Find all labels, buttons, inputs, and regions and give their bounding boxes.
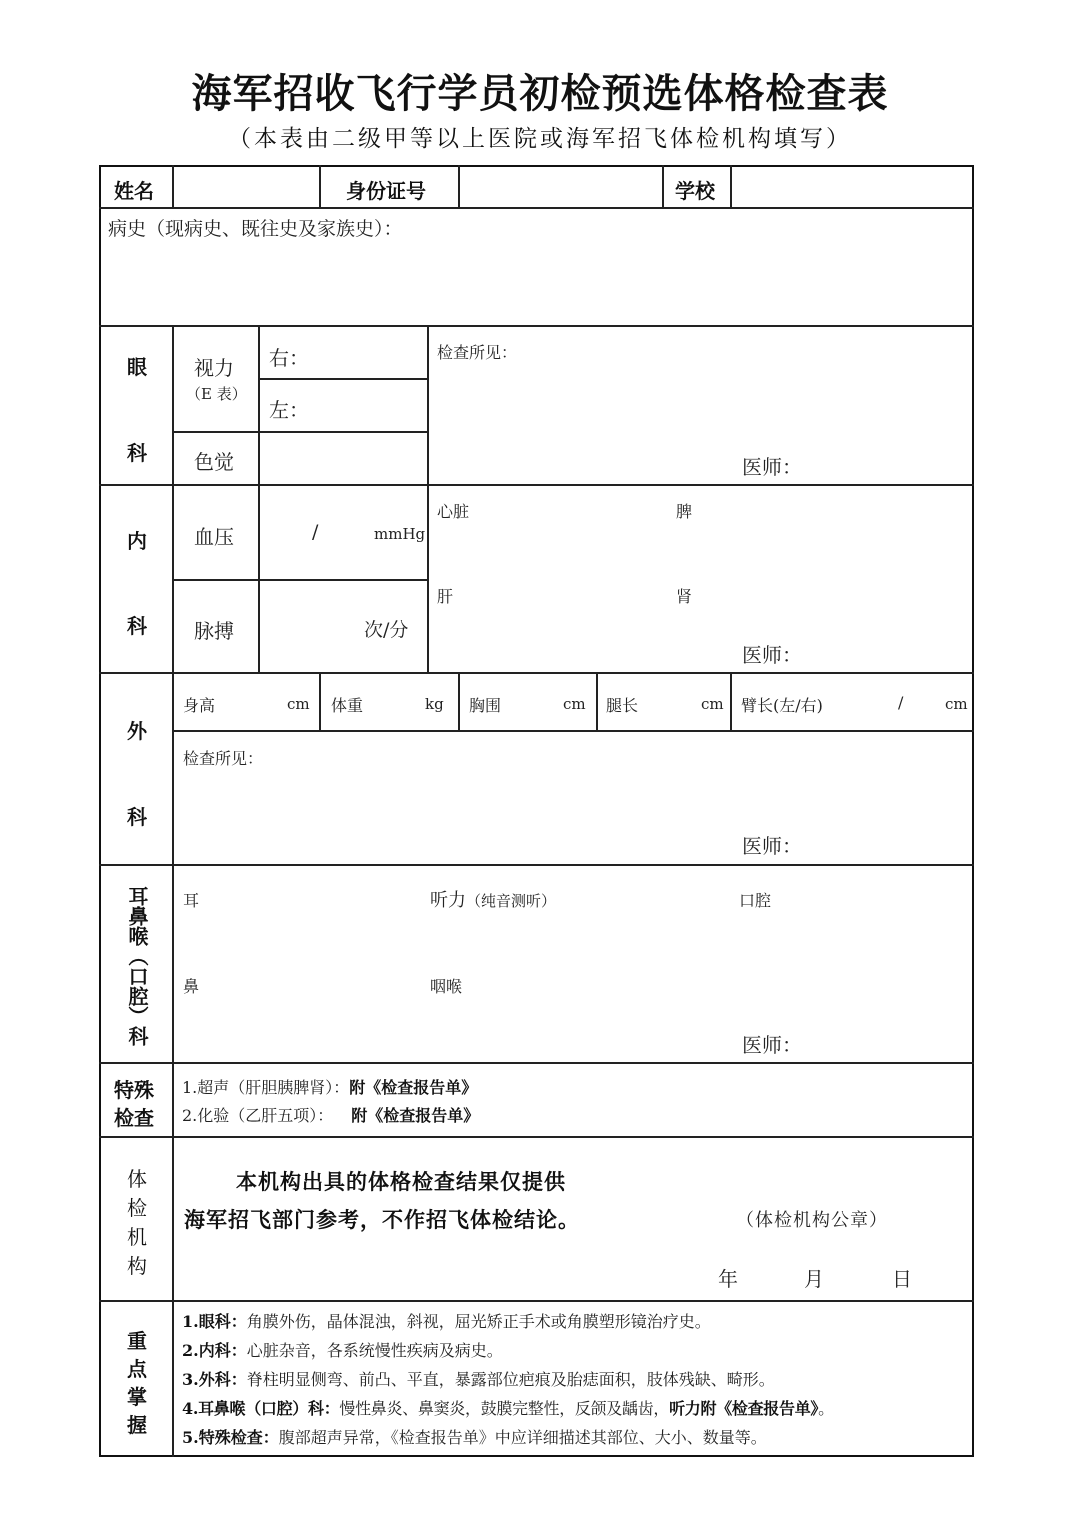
height-unit: cm [287,695,310,713]
key-point-body: 心脏杂音，各系统慢性疾病及病史。 [247,1341,503,1360]
throat-field[interactable] [475,966,725,1026]
medical-history-field[interactable] [101,240,972,324]
date-day-label: 日 [892,1263,912,1292]
divider [99,864,974,866]
divider [258,325,260,672]
surgery-findings-label: 检查所见： [183,746,263,769]
divider [172,325,174,1457]
ear-label: 耳 [183,888,199,911]
oral-field[interactable] [780,880,970,940]
form-subtitle: （本表由二级甲等以上医院或海军招飞体检机构填写） [0,120,1080,153]
date-month-label: 月 [804,1263,824,1292]
key-point-tail: 听力附《检查报告单》 [669,1399,818,1418]
lab-test-label: 2.化验（乙肝五项）： [182,1106,333,1125]
divider [99,325,974,327]
hearing-label: 听力（纯音测听） [430,886,556,912]
name-label: 姓名 [114,175,154,204]
key-points-dept-char: 点 [101,1353,173,1382]
special-exam-item: 2.化验（乙肝五项）：附《检查报告单》 [182,1103,479,1126]
vision-left-field[interactable] [300,381,425,430]
vision-right-field[interactable] [300,328,425,377]
divider [319,165,321,207]
divider [427,325,429,672]
divider [173,579,427,581]
institution-dept-char: 检 [101,1192,173,1221]
arm-length-label: 臂长(左/右) [741,693,823,716]
divider [662,165,664,207]
eye-dept-label-2: 科 [101,437,173,466]
key-point-head: 3.外科： [182,1370,247,1389]
special-exam-label-2: 检查 [114,1102,154,1131]
key-point-item: 2.内科：心脏杂音，各系统慢性疾病及病史。 [182,1338,503,1361]
divider [99,484,974,486]
divider [596,672,598,730]
key-point-body: 腹部超声异常，《检查报告单》中应详细描述其部位、大小、数量等。 [279,1428,767,1447]
hearing-field[interactable] [430,912,720,967]
divider [259,378,427,380]
weight-label: 体重 [331,693,363,716]
liver-field[interactable] [460,580,670,630]
divider [99,1062,974,1064]
surgery-doctor-label: 医师： [742,830,802,859]
surgery-dept-label: 外 [101,715,173,744]
divider [173,431,427,433]
eye-doctor-label: 医师： [742,451,802,480]
internal-doctor-label: 医师： [742,639,802,668]
heart-field[interactable] [470,490,670,570]
divider [319,672,321,730]
key-point-item: 5.特殊检查：腹部超声异常，《检查报告单》中应详细描述其部位、大小、数量等。 [182,1425,767,1448]
throat-label: 咽喉 [430,974,462,997]
ent-doctor-label: 医师： [742,1029,802,1058]
divider [730,672,732,730]
key-point-end: 。 [818,1399,834,1418]
key-points-dept-char: 握 [101,1409,173,1438]
arm-length-separator: / [898,693,903,712]
internal-dept-label: 内 [101,525,173,554]
special-exam-item: 1.超声（肝胆胰脾肾）：附《检查报告单》 [182,1075,477,1098]
institution-statement-line-1: 本机构出具的体格检查结果仅提供 [236,1166,566,1196]
divider [173,730,974,732]
height-label: 身高 [183,693,215,716]
key-point-item: 3.外科：脊柱明显侧弯、前凸、平直，暴露部位疤痕及胎痣面积，肢体残缺、畸形。 [182,1367,775,1390]
vision-chart-note: （E 表） [186,383,247,404]
chest-unit: cm [563,695,586,713]
key-point-item: 4.耳鼻喉（口腔）科：慢性鼻炎、鼻窦炎，鼓膜完整性，反颌及龋齿，听力附《检查报告… [182,1396,834,1419]
chest-label: 胸围 [469,693,501,716]
ear-field[interactable] [205,880,420,940]
key-point-body: 角膜外伤，晶体混浊，斜视，屈光矫正手术或角膜塑形镜治疗史。 [247,1312,711,1331]
eye-findings-label: 检查所见： [437,340,517,363]
special-exam-label-1: 特殊 [114,1074,154,1103]
pulse-label: 脉搏 [194,615,234,644]
leg-length-unit: cm [701,695,724,713]
institution-seal-area[interactable] [720,1150,960,1260]
internal-dept-label-2: 科 [101,610,173,639]
divider [99,207,974,209]
ultrasound-attachment: 附《检查报告单》 [349,1078,477,1097]
key-point-head: 4.耳鼻喉（口腔）科： [182,1399,339,1418]
name-field[interactable] [174,167,318,206]
institution-dept-char: 构 [101,1250,173,1279]
school-label: 学校 [675,175,715,204]
ultrasound-label: 1.超声（肝胆胰脾肾）： [182,1078,349,1097]
divider [99,1136,974,1138]
color-vision-label: 色觉 [194,446,234,475]
institution-dept-char: 体 [101,1163,173,1192]
color-vision-field[interactable] [261,434,426,483]
id-number-field[interactable] [461,167,661,206]
key-point-head: 5.特殊检查： [182,1428,279,1447]
eye-dept-label: 眼 [101,351,173,380]
school-field[interactable] [733,167,972,206]
nose-field[interactable] [205,966,420,1026]
ent-dept-label: 耳鼻喉（口腔）科 [124,876,150,1056]
oral-label: 口腔 [739,888,771,911]
id-number-label: 身份证号 [346,175,426,204]
surgery-findings-field[interactable] [175,770,971,825]
leg-length-label: 腿长 [606,693,638,716]
key-point-head: 2.内科： [182,1341,247,1360]
key-points-dept-char: 掌 [101,1381,173,1410]
vision-label: 视力 [194,352,234,381]
divider [458,672,460,730]
divider [99,1300,974,1302]
date-year-label: 年 [718,1263,738,1292]
medical-history-label: 病史（现病史、既往史及家族史）： [108,214,403,241]
divider [730,165,732,207]
nose-label: 鼻 [183,974,199,997]
weight-unit: kg [425,695,444,713]
key-point-body: 慢性鼻炎、鼻窦炎，鼓膜完整性，反颌及龋齿， [339,1399,669,1418]
key-points-dept-char: 重 [101,1325,173,1354]
key-point-item: 1.眼科：角膜外伤，晶体混浊，斜视，屈光矫正手术或角膜塑形镜治疗史。 [182,1309,711,1332]
divider [458,165,460,207]
blood-pressure-field[interactable] [261,487,426,578]
institution-statement-line-2: 海军招飞部门参考，不作招飞体检结论。 [184,1204,580,1234]
kidney-field[interactable] [700,580,970,630]
pulse-field[interactable] [261,582,426,671]
arm-length-unit: cm [945,695,968,713]
heart-label: 心脏 [437,499,469,522]
hearing-method-note: （纯音测听） [466,892,556,910]
liver-label: 肝 [437,584,453,607]
hearing-label-text: 听力 [430,890,466,911]
institution-dept-char: 机 [101,1221,173,1250]
key-point-head: 1.眼科： [182,1312,247,1331]
kidney-label: 肾 [676,584,692,607]
eye-findings-field[interactable] [430,365,972,445]
spleen-label: 脾 [676,499,692,522]
blood-pressure-label: 血压 [194,521,234,550]
spleen-field[interactable] [700,490,970,570]
form-title: 海军招收飞行学员初检预选体格检查表 [0,62,1080,119]
lab-test-attachment: 附《检查报告单》 [351,1106,479,1125]
surgery-dept-label-2: 科 [101,801,173,830]
key-point-body: 脊柱明显侧弯、前凸、平直，暴露部位疤痕及胎痣面积，肢体残缺、畸形。 [247,1370,775,1389]
